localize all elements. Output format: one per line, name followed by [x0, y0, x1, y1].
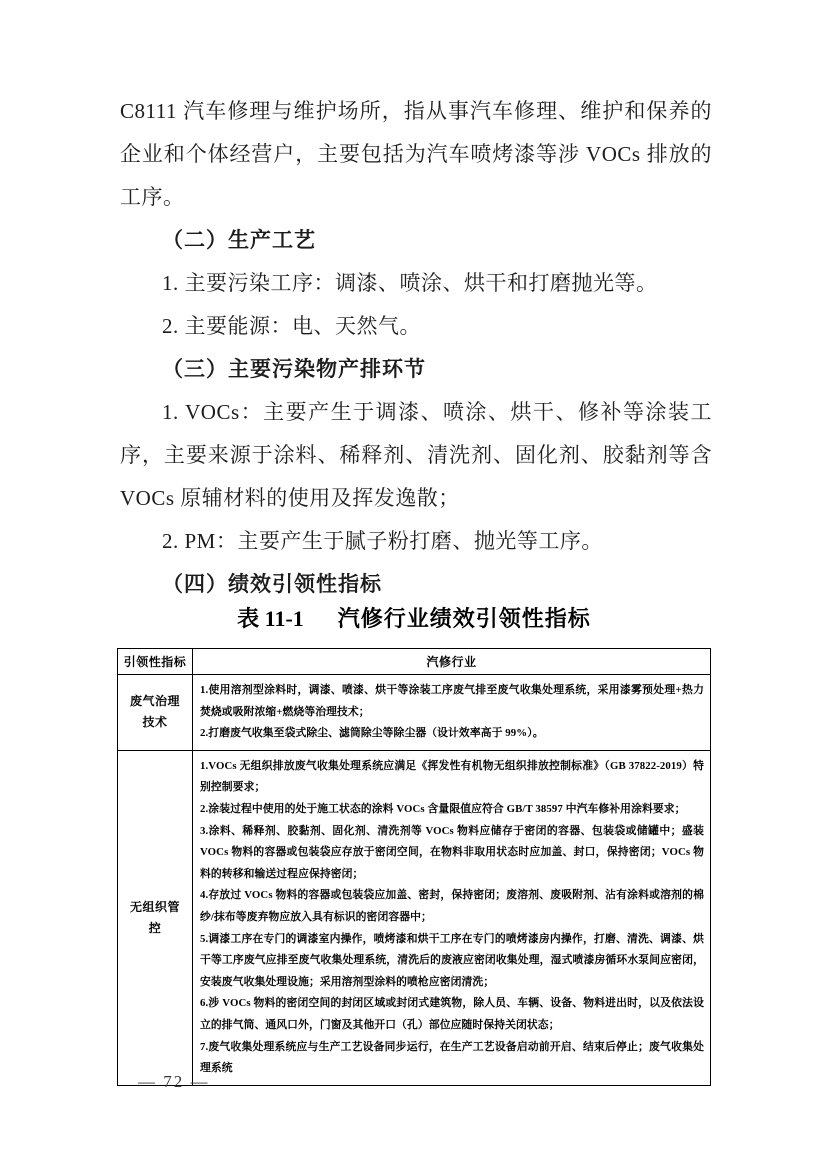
table-row-fugitive-control: 无组织管控 1.VOCs 无组织排放废气收集处理系统应满足《挥发性有机物无组织排… [118, 750, 711, 1085]
document-page: C8111 汽车修理与维护场所，指从事汽车修理、维护和保养的企业和个体经营户，主… [0, 0, 826, 1169]
table-item: 4.存放过 VOCs 物料的容器或包装袋应加盖、密封，保持密闭；废溶剂、废吸附剂… [200, 885, 704, 928]
section3-item-2: 2. PM：主要产生于腻子粉打磨、抛光等工序。 [120, 520, 712, 563]
section-heading-2: （二）生产工艺 [120, 219, 712, 262]
table-item: 7.废气收集处理系统应与生产工艺设备同步运行，在生产工艺设备启动前开启、结束后停… [200, 1037, 704, 1080]
table-caption-label: 表 11-1 [237, 606, 304, 631]
table-item: 2.涂装过程中使用的处于施工状态的涂料 VOCs 含量限值应符合 GB/T 38… [200, 799, 704, 821]
table-item: 1.使用溶剂型涂料时，调漆、喷漆、烘干等涂装工序废气排至废气收集处理系统，采用漆… [200, 680, 704, 723]
table-item: 3.涂料、稀释剂、胶黏剂、固化剂、清洗剂等 VOCs 物料应储存于密闭的容器、包… [200, 821, 704, 886]
page-number: — 72 — [138, 1072, 210, 1092]
section3-item-1: 1. VOCs：主要产生于调漆、喷涂、烘干、修补等涂装工序，主要来源于涂料、稀释… [120, 391, 712, 520]
section-heading-4: （四）绩效引领性指标 [120, 563, 712, 606]
intro-paragraph: C8111 汽车修理与维护场所，指从事汽车修理、维护和保养的企业和个体经营户，主… [120, 90, 712, 219]
table-caption: 表 11-1汽修行业绩效引领性指标 [117, 602, 711, 633]
row-content-cell: 1.VOCs 无组织排放废气收集处理系统应满足《挥发性有机物无组织排放控制标准》… [193, 750, 711, 1085]
section2-item-1: 1. 主要污染工序：调漆、喷涂、烘干和打磨抛光等。 [120, 262, 712, 305]
section2-item-2: 2. 主要能源：电、天然气。 [120, 305, 712, 348]
table-caption-title: 汽修行业绩效引领性指标 [338, 606, 591, 631]
table-header-indicator: 引领性指标 [118, 649, 193, 675]
table-header-industry: 汽修行业 [193, 649, 711, 675]
document-body: C8111 汽车修理与维护场所，指从事汽车修理、维护和保养的企业和个体经营户，主… [120, 0, 712, 606]
row-indicator-label: 废气治理 技术 [118, 675, 193, 751]
table-item: 5.调漆工序在专门的调漆室内操作，喷烤漆和烘干工序在专门的喷烤漆房内操作，打磨、… [200, 929, 704, 994]
table-item: 1.VOCs 无组织排放废气收集处理系统应满足《挥发性有机物无组织排放控制标准》… [200, 756, 704, 799]
table-head: 引领性指标 汽修行业 [118, 649, 711, 675]
row-content-cell: 1.使用溶剂型涂料时，调漆、喷漆、烘干等涂装工序废气排至废气收集处理系统，采用漆… [193, 675, 711, 751]
row-indicator-label: 无组织管控 [118, 750, 193, 1085]
performance-indicator-table: 引领性指标 汽修行业 废气治理 技术 1.使用溶剂型涂料时，调漆、喷漆、烘干等涂… [117, 648, 711, 1086]
table-item: 6.涉 VOCs 物料的密闭空间的封闭区域或封闭式建筑物，除人员、车辆、设备、物… [200, 993, 704, 1036]
table-item: 2.打磨废气收集至袋式除尘、滤筒除尘等除尘器（设计效率高于 99%）。 [200, 723, 704, 745]
table-header-row: 引领性指标 汽修行业 [118, 649, 711, 675]
table-body: 废气治理 技术 1.使用溶剂型涂料时，调漆、喷漆、烘干等涂装工序废气排至废气收集… [118, 675, 711, 1086]
table-row-exhaust-treatment: 废气治理 技术 1.使用溶剂型涂料时，调漆、喷漆、烘干等涂装工序废气排至废气收集… [118, 675, 711, 751]
section-heading-3: （三）主要污染物产排环节 [120, 348, 712, 391]
